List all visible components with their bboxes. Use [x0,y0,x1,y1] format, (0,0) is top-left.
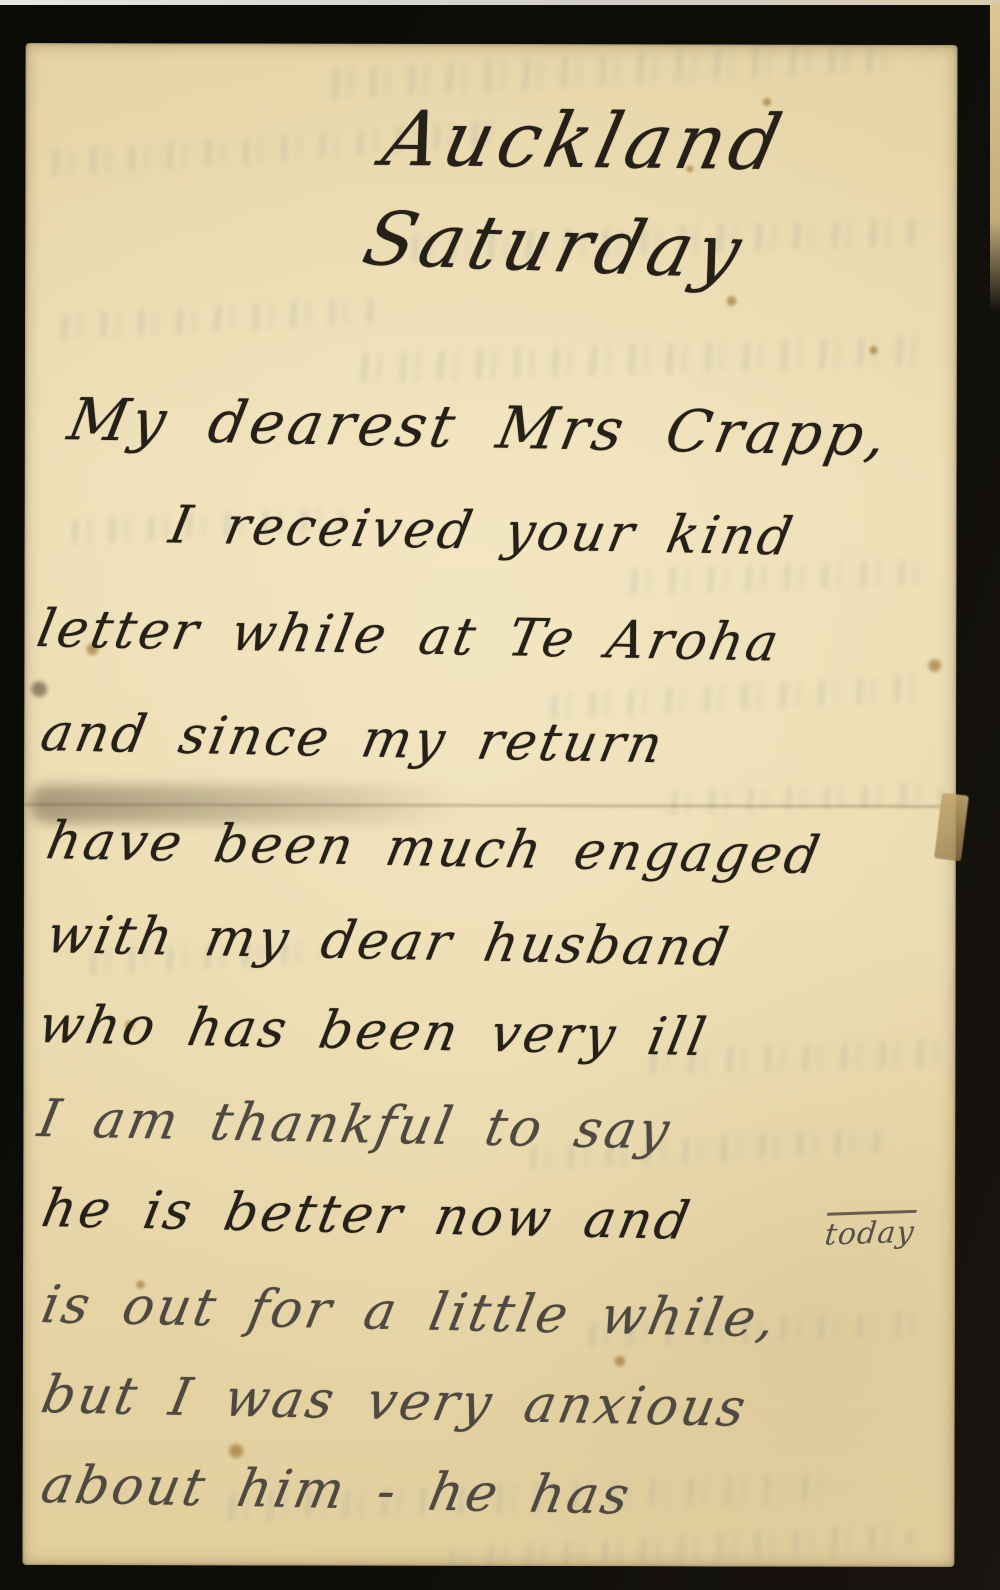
ghost-writing [355,335,936,384]
letter-line: have been much engaged [42,811,827,886]
letter-date: Saturday [355,196,754,296]
scanned-letter-page: Auckland Saturday My dearest Mrs Crapp, … [0,0,1000,1590]
letter-line: and since my return [36,703,670,775]
letter-line: who has been very ill [33,995,713,1068]
letter-line: letter while at Te Aroha [32,599,786,674]
letter-line: I received your kind [165,495,800,567]
foxing-stain [926,657,943,674]
inserted-word: today [823,1210,917,1253]
ink-smudge [28,679,50,699]
letter-line: about him - he has [37,1455,637,1527]
letter-salutation: My dearest Mrs Crapp, [63,385,897,469]
letter-line: I am thankful to say [33,1089,677,1161]
ghost-writing [325,43,906,99]
foxing-stain [613,1354,627,1368]
letter-line: but I was very anxious [37,1365,753,1439]
scan-edge-strip [0,0,1000,5]
ghost-writing [664,782,945,815]
foxing-stain [227,1441,246,1460]
letter-paper: Auckland Saturday My dearest Mrs Crapp, … [22,43,957,1567]
letter-place: Auckland [375,94,794,187]
foxing-stain [725,294,738,307]
letter-line: he is better now and [37,1179,697,1252]
letter-line: is out for a little while, [37,1275,783,1349]
ghost-writing [55,297,386,340]
mount-edge-sliver [990,3,1000,313]
foxing-stain [868,345,879,356]
ghost-writing [442,1525,913,1567]
